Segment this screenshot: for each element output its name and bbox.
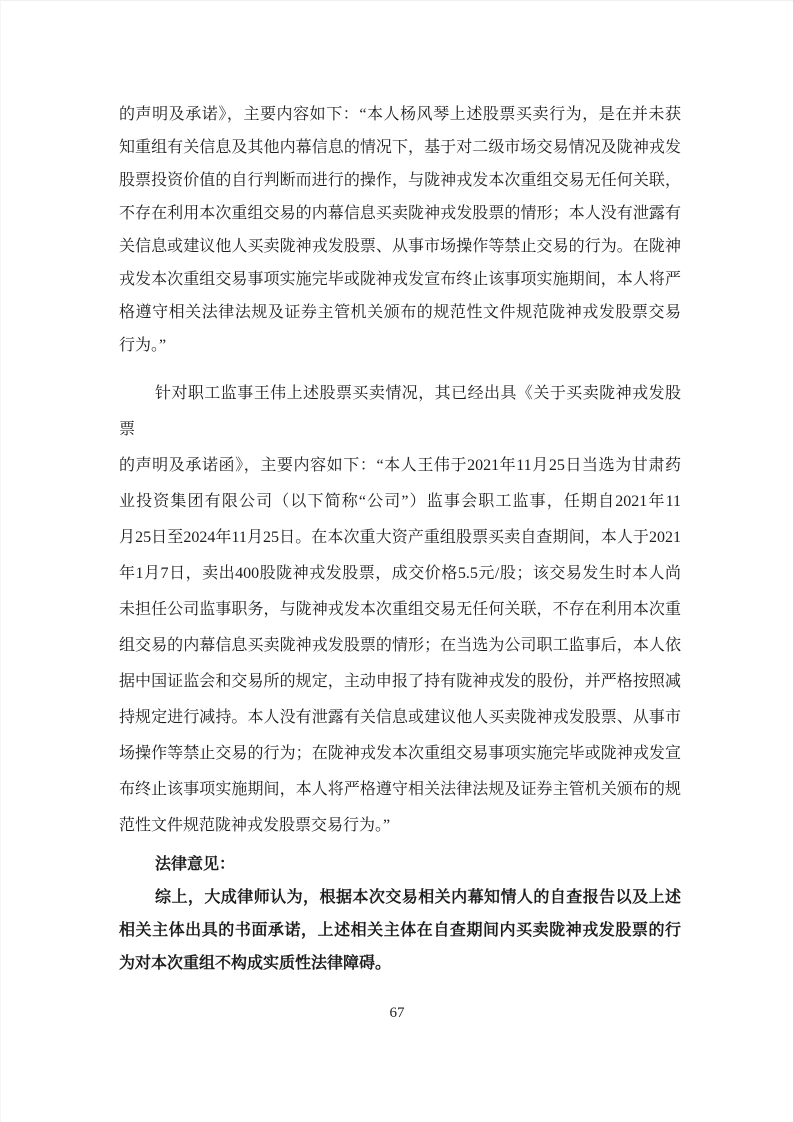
text-line: 不存在利用本次重组交易的内幕信息买卖陇神戎发股票的情形；本人没有泄露有 (119, 197, 681, 230)
text-line: 格遵守相关法律法规及证券主管机关颁布的规范性文件规范陇神戎发股票交易 (119, 296, 681, 329)
text-line: 的声明及承诺》，主要内容如下：“本人杨风琴上述股票买卖行为，是在并未获 (119, 98, 681, 131)
text-line: 据中国证监会和交易所的规定，主动申报了持有陇神戎发的股份，并严格按照减 (119, 664, 681, 700)
text-line: 年1月7日，卖出400股陇神戎发股票，成交价格5.5元/股；该交易发生时本人尚 (119, 556, 681, 592)
document-page: 的声明及承诺》，主要内容如下：“本人杨风琴上述股票买卖行为，是在并未获 知重组有… (0, 0, 793, 1122)
document-content: 的声明及承诺》，主要内容如下：“本人杨风琴上述股票买卖行为，是在并未获 知重组有… (1, 1, 793, 980)
paragraph-yang-commitment: 的声明及承诺》，主要内容如下：“本人杨风琴上述股票买卖行为，是在并未获 知重组有… (119, 98, 681, 362)
text-line: 业投资集团有限公司（以下简称“公司”）监事会职工监事，任期自2021年11 (119, 484, 681, 520)
text-line: 行为。” (119, 329, 681, 362)
text-line: 关信息或建议他人买卖陇神戎发股票、从事市场操作等禁止交易的行为。在陇神 (119, 230, 681, 263)
text-line: 综上，大成律师认为，根据本次交易相关内幕知情人的自查报告以及上述 (119, 881, 681, 914)
text-line: 布终止该事项实施期间，本人将严格遵守相关法律法规及证券主管机关颁布的规 (119, 772, 681, 808)
conclusion-paragraph: 综上，大成律师认为，根据本次交易相关内幕知情人的自查报告以及上述 相关主体出具的… (119, 881, 681, 980)
text-line: 场操作等禁止交易的行为；在陇神戎发本次重组交易事项实施完毕或陇神戎发宣 (119, 736, 681, 772)
text-line: 相关主体出具的书面承诺，上述相关主体在自查期间内买卖陇神戎发股票的行 (119, 914, 681, 947)
legal-opinion-heading: 法律意见： (119, 848, 681, 881)
text-line: 未担任公司监事职务，与陇神戎发本次重组交易无任何关联，不存在利用本次重 (119, 592, 681, 628)
text-line: 股票投资价值的自行判断而进行的操作，与陇神戎发本次重组交易无任何关联， (119, 164, 681, 197)
text-line: 知重组有关信息及其他内幕信息的情况下，基于对二级市场交易情况及陇神戎发 (119, 131, 681, 164)
text-line: 组交易的内幕信息买卖陇神戎发股票的情形；在当选为公司职工监事后，本人依 (119, 628, 681, 664)
paragraph-wang-commitment: 针对职工监事王伟上述股票买卖情况，其已经出具《关于买卖陇神戎发股票 的声明及承诺… (119, 376, 681, 844)
text-line: 持规定进行减持。本人没有泄露有关信息或建议他人买卖陇神戎发股票、从事市 (119, 700, 681, 736)
text-line: 月25日至2024年11月25日。在本次重大资产重组股票买卖自查期间，本人于20… (119, 520, 681, 556)
text-line: 为对本次重组不构成实质性法律障碍。 (119, 947, 681, 980)
text-line: 戎发本次重组交易事项实施完毕或陇神戎发宣布终止该事项实施期间，本人将严 (119, 263, 681, 296)
text-line: 的声明及承诺函》，主要内容如下：“本人王伟于2021年11月25日当选为甘肃药 (119, 448, 681, 484)
text-line: 针对职工监事王伟上述股票买卖情况，其已经出具《关于买卖陇神戎发股票 (119, 376, 681, 448)
text-line: 范性文件规范陇神戎发股票交易行为。” (119, 808, 681, 844)
page-number: 67 (1, 1004, 793, 1022)
